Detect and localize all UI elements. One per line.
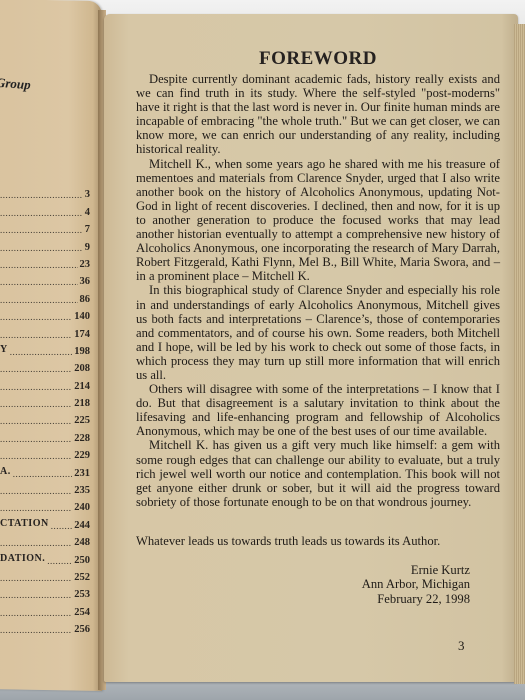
toc-entry-page: 198 xyxy=(74,346,90,357)
toc-entry-page: 7 xyxy=(85,224,90,235)
toc-entry-page: 231 xyxy=(74,468,90,479)
toc-leader-dots xyxy=(0,503,72,513)
toc-entry-page: 228 xyxy=(74,433,90,444)
toc-leader-dots xyxy=(10,347,73,357)
toc-entry: 229 xyxy=(0,444,90,461)
signature-date: February 22, 1998 xyxy=(300,592,470,606)
toc-entry: 248 xyxy=(0,531,90,548)
page-edges xyxy=(514,24,525,684)
toc-entry: 218 xyxy=(0,392,90,409)
toc-entry: Y198 xyxy=(0,340,90,357)
toc-entry-page: 250 xyxy=(74,555,90,566)
toc-leader-dots xyxy=(51,521,73,531)
toc-entry: 86 xyxy=(0,287,90,304)
toc-entry: 23 xyxy=(0,253,90,270)
toc-entry-page: 4 xyxy=(85,207,90,218)
toc-entry: 3 xyxy=(0,183,90,200)
toc-entry-page: 23 xyxy=(80,259,91,270)
toc-entry-page: 254 xyxy=(74,607,90,618)
toc-leader-dots xyxy=(0,399,72,409)
toc-leader-dots xyxy=(0,295,78,305)
toc-leader-dots xyxy=(0,243,83,253)
toc-entry-page: 174 xyxy=(74,329,90,340)
toc-entry-page: 256 xyxy=(74,624,90,635)
toc-entry: DATION.250 xyxy=(0,548,90,565)
toc-leader-dots xyxy=(0,277,78,287)
toc-leader-dots xyxy=(0,486,72,496)
toc-entry: 174 xyxy=(0,322,90,339)
toc-leader-dots xyxy=(0,330,72,340)
toc-entry-page: 9 xyxy=(85,242,90,253)
toc-entry: 7 xyxy=(0,218,90,235)
toc-leader-dots xyxy=(0,625,72,635)
toc-leader-dots xyxy=(0,434,72,444)
foreword-content: FOREWORD Despite currently dominant acad… xyxy=(136,48,500,509)
toc-leader-dots xyxy=(0,608,72,618)
toc-entry-page: 218 xyxy=(74,398,90,409)
toc-entry-page: 225 xyxy=(74,415,90,426)
toc-leader-dots xyxy=(0,190,83,200)
toc-entry-title: Y xyxy=(0,344,8,355)
toc-entry-title: A. xyxy=(0,466,11,477)
toc-entry-page: 140 xyxy=(74,311,90,322)
toc-entry: 254 xyxy=(0,600,90,617)
toc-leader-dots xyxy=(0,225,83,235)
toc-entry-page: 229 xyxy=(74,450,90,461)
toc-leader-dots xyxy=(0,312,72,322)
toc-entry: CTATION244 xyxy=(0,513,90,530)
toc-entry: 225 xyxy=(0,409,90,426)
toc-entry-page: 244 xyxy=(74,520,90,531)
toc-leader-dots xyxy=(0,208,83,218)
toc-leader-dots xyxy=(0,538,72,548)
toc-entry: 36 xyxy=(0,270,90,287)
toc-entry-page: 36 xyxy=(80,276,91,287)
toc-leader-dots xyxy=(0,573,72,583)
toc-entry: 256 xyxy=(0,618,90,635)
toc-leader-dots xyxy=(0,416,72,426)
toc-entry: 253 xyxy=(0,583,90,600)
signature-block: Ernie Kurtz Ann Arbor, Michigan February… xyxy=(300,563,470,606)
toc-entry: 4 xyxy=(0,200,90,217)
paragraph: In this biographical study of Clarence S… xyxy=(136,283,500,382)
table-of-contents: 3479233686140174Y198208214218225228229A.… xyxy=(0,183,90,635)
toc-entry: 214 xyxy=(0,374,90,391)
toc-leader-dots xyxy=(0,364,72,374)
toc-entry: 235 xyxy=(0,479,90,496)
toc-entry-page: 86 xyxy=(80,294,91,305)
toc-entry: 140 xyxy=(0,305,90,322)
toc-entry-page: 3 xyxy=(85,189,90,200)
toc-entry: 228 xyxy=(0,426,90,443)
signature-place: Ann Arbor, Michigan xyxy=(300,577,470,591)
toc-entry-title: DATION. xyxy=(0,553,45,564)
toc-entry: 9 xyxy=(0,235,90,252)
toc-entry-page: 214 xyxy=(74,381,90,392)
toc-leader-dots xyxy=(0,382,72,392)
paragraph: Others will disagree with some of the in… xyxy=(136,382,500,438)
toc-entry-page: 240 xyxy=(74,502,90,513)
toc-entry-title: CTATION xyxy=(0,518,49,529)
toc-entry-page: 253 xyxy=(74,589,90,600)
page-title: FOREWORD xyxy=(136,48,500,70)
toc-entry: A.231 xyxy=(0,461,90,478)
toc-entry: 252 xyxy=(0,566,90,583)
toc-partial-heading: Group xyxy=(0,75,31,93)
toc-entry-page: 248 xyxy=(74,537,90,548)
paragraph: Mitchell K. has given us a gift very muc… xyxy=(136,438,500,508)
toc-entry: 240 xyxy=(0,496,90,513)
toc-leader-dots xyxy=(0,260,78,270)
signature-name: Ernie Kurtz xyxy=(300,563,470,577)
toc-leader-dots xyxy=(47,556,72,566)
toc-leader-dots xyxy=(0,590,72,600)
toc-entry-page: 208 xyxy=(74,363,90,374)
toc-leader-dots xyxy=(0,451,72,461)
page-number: 3 xyxy=(458,638,465,654)
toc-leader-dots xyxy=(13,469,73,479)
paragraph: Mitchell K., when some years ago he shar… xyxy=(136,157,500,284)
paragraph: Despite currently dominant academic fads… xyxy=(136,72,500,157)
toc-entry-page: 235 xyxy=(74,485,90,496)
closing-motto: Whatever leads us towards truth leads us… xyxy=(136,534,440,549)
toc-entry: 208 xyxy=(0,357,90,374)
toc-entry-page: 252 xyxy=(74,572,90,583)
